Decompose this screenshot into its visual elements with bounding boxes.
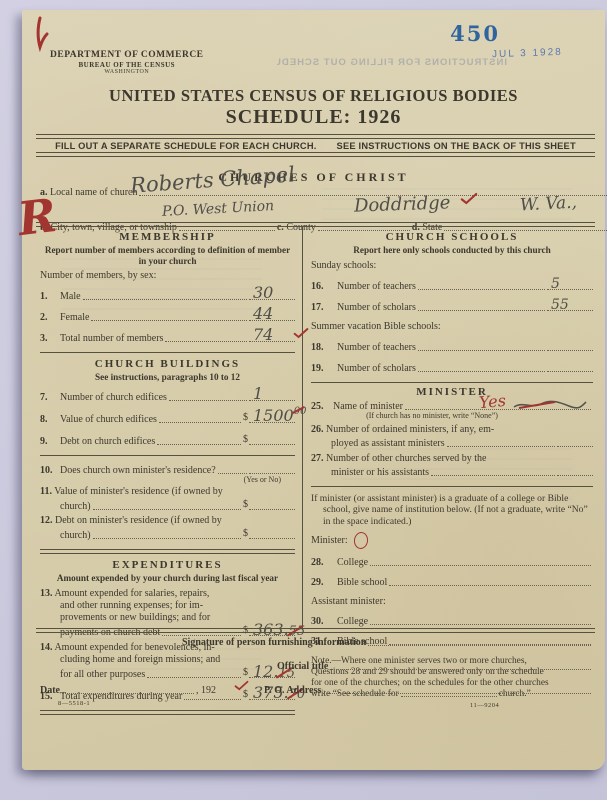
- item-number: 28.: [311, 556, 337, 569]
- field-minister-name: 25. Name of minister Yes: [311, 400, 593, 413]
- field-label: Number of members, by sex:: [40, 270, 295, 282]
- dotted-line: [418, 369, 545, 372]
- date-received-stamp: JUL 3 1928: [492, 47, 563, 60]
- dotted-line: [447, 444, 555, 447]
- answer-zone: [557, 465, 593, 476]
- item-number: 1.: [40, 290, 60, 303]
- answer-zone: 1: [249, 390, 295, 401]
- field-minister-bible-school: 29. Bible school: [311, 576, 593, 589]
- field-label: Local name of church: [50, 187, 137, 198]
- dotted-line: [418, 348, 545, 351]
- field-label: P. O. Address: [264, 684, 321, 697]
- instruction-banner: FILL OUT A SEPARATE SCHEDULE FOR EACH CH…: [36, 134, 595, 157]
- section-header-schools: CHURCH SCHOOLS: [311, 231, 593, 243]
- item-number: 9.: [40, 435, 60, 448]
- dotted-line: [147, 675, 241, 678]
- field-residence-value: 11. Value of minister's residence (if ow…: [40, 486, 295, 513]
- field-residence-debt: 12. Debt on minister's residence (if own…: [40, 515, 295, 542]
- dotted-line: [159, 420, 241, 423]
- section-header-expenditures: EXPENDITURES: [40, 559, 295, 571]
- double-rule: [36, 628, 595, 633]
- item-number: 16.: [311, 280, 337, 293]
- rule: [311, 486, 593, 487]
- item-number: 30.: [311, 615, 337, 628]
- census-form-page: INSTRUCTIONS FOR FILLING OUT SCHEDULE 45…: [22, 10, 605, 770]
- handwritten-state: W. Va.,: [520, 193, 578, 216]
- field-label: Number of teachers: [337, 280, 416, 293]
- graduate-instructions: If minister (or assistant minister) is a…: [311, 493, 593, 528]
- currency-sign: $: [243, 433, 248, 446]
- banner-sentence: FILL OUT A SEPARATE SCHEDULE FOR EACH CH…: [55, 141, 316, 151]
- field-sunday-scholars: 17. Number of scholars 55: [311, 300, 593, 314]
- form-number-right: 11—9204: [470, 702, 499, 709]
- red-circle-annotation: [353, 531, 369, 550]
- red-checkmark-icon: [460, 192, 478, 205]
- field-own-residence: 10. Does church own minister's residence…: [40, 463, 295, 477]
- field-label: College: [337, 556, 368, 569]
- field-label: Assistant minister:: [311, 596, 593, 608]
- field-label: College: [337, 615, 368, 628]
- rule: [311, 382, 593, 383]
- answer-zone: 44: [249, 310, 295, 321]
- item-number: 10.: [40, 464, 60, 477]
- form-subtitle: SCHEDULE: 1926: [22, 106, 605, 129]
- field-label: Debt on church edifices: [60, 435, 155, 448]
- dotted-line: [83, 297, 247, 300]
- field-assistant-college: 30. College: [311, 615, 593, 628]
- dotted-line: Yes: [405, 407, 591, 410]
- field-label: Minister:: [311, 535, 348, 546]
- item-number: 11.: [40, 486, 52, 497]
- answer-zone: 150000: [249, 412, 295, 423]
- handwritten-value: 1: [253, 384, 263, 403]
- denomination-title: CHURCHES OF CHRIST: [22, 170, 605, 185]
- field-label: ployed as assistant ministers: [331, 437, 445, 450]
- banner-sentence: SEE INSTRUCTIONS ON THE BACK OF THIS SHE…: [337, 141, 576, 151]
- dotted-line: [93, 507, 241, 510]
- field-label: Name of minister: [333, 400, 403, 413]
- field-assistant-count: 26. Number of ordained ministers, if any…: [311, 424, 593, 450]
- handwritten-county: Doddridge: [354, 192, 451, 216]
- field-female-members: 2. Female 44: [40, 310, 295, 324]
- section-header-buildings: CHURCH BUILDINGS: [40, 358, 295, 370]
- field-sunday-teachers: 16. Number of teachers 5: [311, 279, 593, 293]
- field-label: minister or his assistants: [331, 466, 429, 479]
- item-number: 26.: [311, 424, 324, 435]
- field-label: Female: [60, 311, 89, 324]
- form-title: UNITED STATES CENSUS OF RELIGIOUS BODIES: [22, 86, 605, 106]
- item-number: 7.: [40, 391, 60, 404]
- handwritten-value: 30: [253, 283, 273, 302]
- section-subheader: Report number of members according to de…: [40, 245, 295, 266]
- field-male-members: 1. Male 30: [40, 289, 295, 303]
- field-label: Number of ordained ministers, if any, em…: [326, 424, 494, 435]
- item-number: 2.: [40, 311, 60, 324]
- field-label: Number of other churches served by the: [326, 453, 487, 464]
- item-number: 18.: [311, 341, 337, 354]
- answer-zone: 55: [547, 300, 593, 311]
- dotted-line: [389, 583, 591, 586]
- double-rule: [40, 710, 295, 715]
- answer-zone: [547, 340, 593, 351]
- item-number: 17.: [311, 301, 337, 314]
- scan-background: INSTRUCTIONS FOR FILLING OUT SCHEDULE 45…: [0, 0, 607, 800]
- section-header-membership: MEMBERSHIP: [40, 231, 295, 243]
- dotted-line: [370, 622, 591, 625]
- field-label: Value of minister's residence (if owned …: [54, 486, 222, 497]
- item-number: 3.: [40, 332, 60, 345]
- field-summer-teachers: 18. Number of teachers: [311, 340, 593, 354]
- dotted-line: [62, 691, 194, 694]
- item-number: 13.: [40, 588, 53, 599]
- handwritten-red-yes: Yes: [479, 390, 507, 411]
- red-checkmark-icon: [31, 16, 51, 52]
- item-number: 8.: [40, 413, 60, 426]
- currency-sign: $: [243, 527, 248, 540]
- answer-zone: [249, 528, 295, 539]
- field-label: Date: [40, 684, 60, 697]
- currency-sign: $: [243, 411, 248, 424]
- field-label: Value of church edifices: [60, 413, 157, 426]
- answer-zone: [249, 499, 295, 510]
- field-official-title: Official title: [40, 660, 593, 673]
- double-rule: [40, 549, 295, 554]
- handwritten-city: P.O. West Union: [162, 198, 275, 220]
- handwritten-value: 44: [253, 304, 273, 323]
- agency-line: BUREAU OF THE CENSUS: [50, 61, 204, 69]
- field-summer-scholars: 19. Number of scholars: [311, 361, 593, 375]
- agency-line: DEPARTMENT OF COMMERCE: [50, 50, 204, 61]
- field-label: Signature of person furnishing informati…: [182, 636, 366, 649]
- form-number-left: 8—5518-1: [58, 700, 90, 707]
- red-crossed-cents: 00: [294, 406, 307, 417]
- rule: [40, 455, 295, 456]
- dotted-line: [368, 643, 591, 646]
- dotted-line: [370, 563, 591, 566]
- dotted-line: [431, 473, 555, 476]
- field-label: Male: [60, 290, 81, 303]
- handwritten-value: 74: [253, 325, 273, 344]
- double-rule: [36, 152, 595, 157]
- rule: [40, 352, 295, 353]
- field-label: Bible school: [337, 576, 387, 589]
- dotted-line: [93, 536, 241, 539]
- agency-block: DEPARTMENT OF COMMERCE BUREAU OF THE CEN…: [50, 50, 204, 76]
- dotted-line: [157, 442, 241, 445]
- dotted-line: [418, 287, 545, 290]
- answer-zone: 5: [547, 279, 593, 290]
- field-label: , 192: [196, 684, 216, 697]
- field-label: church): [60, 500, 91, 513]
- form-columns: MEMBERSHIP Report number of members acco…: [40, 226, 593, 630]
- page-number-stamp: 450: [450, 21, 500, 46]
- dotted-line: [323, 691, 591, 694]
- section-header-minister: MINISTER: [311, 386, 593, 398]
- field-signature: Signature of person furnishing informati…: [40, 636, 593, 649]
- field-date-address: Date , 192 P. O. Address: [40, 684, 593, 697]
- field-church-edifices: 7. Number of church edifices 1: [40, 390, 295, 404]
- agency-line: WASHINGTON: [50, 69, 204, 76]
- red-checkmark-icon: [293, 327, 309, 339]
- field-label: Number of scholars: [337, 362, 416, 375]
- right-column: CHURCH SCHOOLS Report here only schools …: [302, 226, 593, 630]
- handwritten-value: 5: [551, 276, 560, 292]
- answer-zone: [557, 436, 593, 447]
- item-number: 27.: [311, 453, 324, 464]
- section-subheader: Report here only schools conducted by th…: [311, 245, 593, 256]
- field-other-churches: 27. Number of other churches served by t…: [311, 453, 593, 479]
- answer-zone: [249, 463, 295, 474]
- dotted-line: [169, 398, 247, 401]
- field-label: Number of scholars: [337, 301, 416, 314]
- field-label: Official title: [277, 660, 328, 673]
- field-label: Sunday schools:: [311, 260, 593, 272]
- currency-sign: $: [243, 498, 248, 511]
- field-label: Summer vacation Bible schools:: [311, 321, 593, 333]
- handwritten-value: 150000: [253, 406, 306, 425]
- dotted-line: [218, 471, 247, 474]
- field-total-members: 3. Total number of members 74: [40, 331, 295, 345]
- answer-zone: 30: [249, 289, 295, 300]
- field-label: church): [60, 529, 91, 542]
- answer-zone: [249, 434, 295, 445]
- bleed-through-heading: INSTRUCTIONS FOR FILLING OUT SCHEDULE: [277, 57, 507, 68]
- section-subheader: See instructions, paragraphs 10 to 12: [40, 372, 295, 383]
- handwritten-value: 55: [551, 297, 569, 313]
- item-number: 12.: [40, 515, 53, 526]
- field-label: and other running expenses; for im-: [40, 600, 295, 612]
- field-label: Debt on minister's residence (if owned b…: [55, 515, 222, 526]
- field-label: Does church own minister's residence?: [60, 464, 216, 477]
- left-column: MEMBERSHIP Report number of members acco…: [40, 226, 302, 630]
- field-label: Amount expended for salaries, repairs,: [54, 588, 209, 599]
- field-label: Total number of members: [60, 332, 163, 345]
- field-edifice-debt: 9. Debt on church edifices $: [40, 433, 295, 448]
- answer-zone: [547, 361, 593, 372]
- field-edifice-value: 8. Value of church edifices $ 150000: [40, 411, 295, 426]
- dotted-line: [330, 667, 591, 670]
- section-subheader: Amount expended by your church during la…: [40, 573, 295, 584]
- answer-zone: 74: [249, 331, 295, 342]
- dotted-line: [91, 318, 247, 321]
- dotted-line: [418, 308, 545, 311]
- field-label: Number of teachers: [337, 341, 416, 354]
- item-number: 19.: [311, 362, 337, 375]
- field-label: Number of church edifices: [60, 391, 167, 404]
- item-number: 29.: [311, 576, 337, 589]
- pencil-scribble: [511, 398, 589, 411]
- item-number: 25.: [311, 400, 333, 413]
- dotted-line: [165, 339, 247, 342]
- dotted-line: [184, 697, 241, 700]
- field-minister-graduate: Minister:: [311, 532, 593, 549]
- field-minister-college: 28. College: [311, 556, 593, 569]
